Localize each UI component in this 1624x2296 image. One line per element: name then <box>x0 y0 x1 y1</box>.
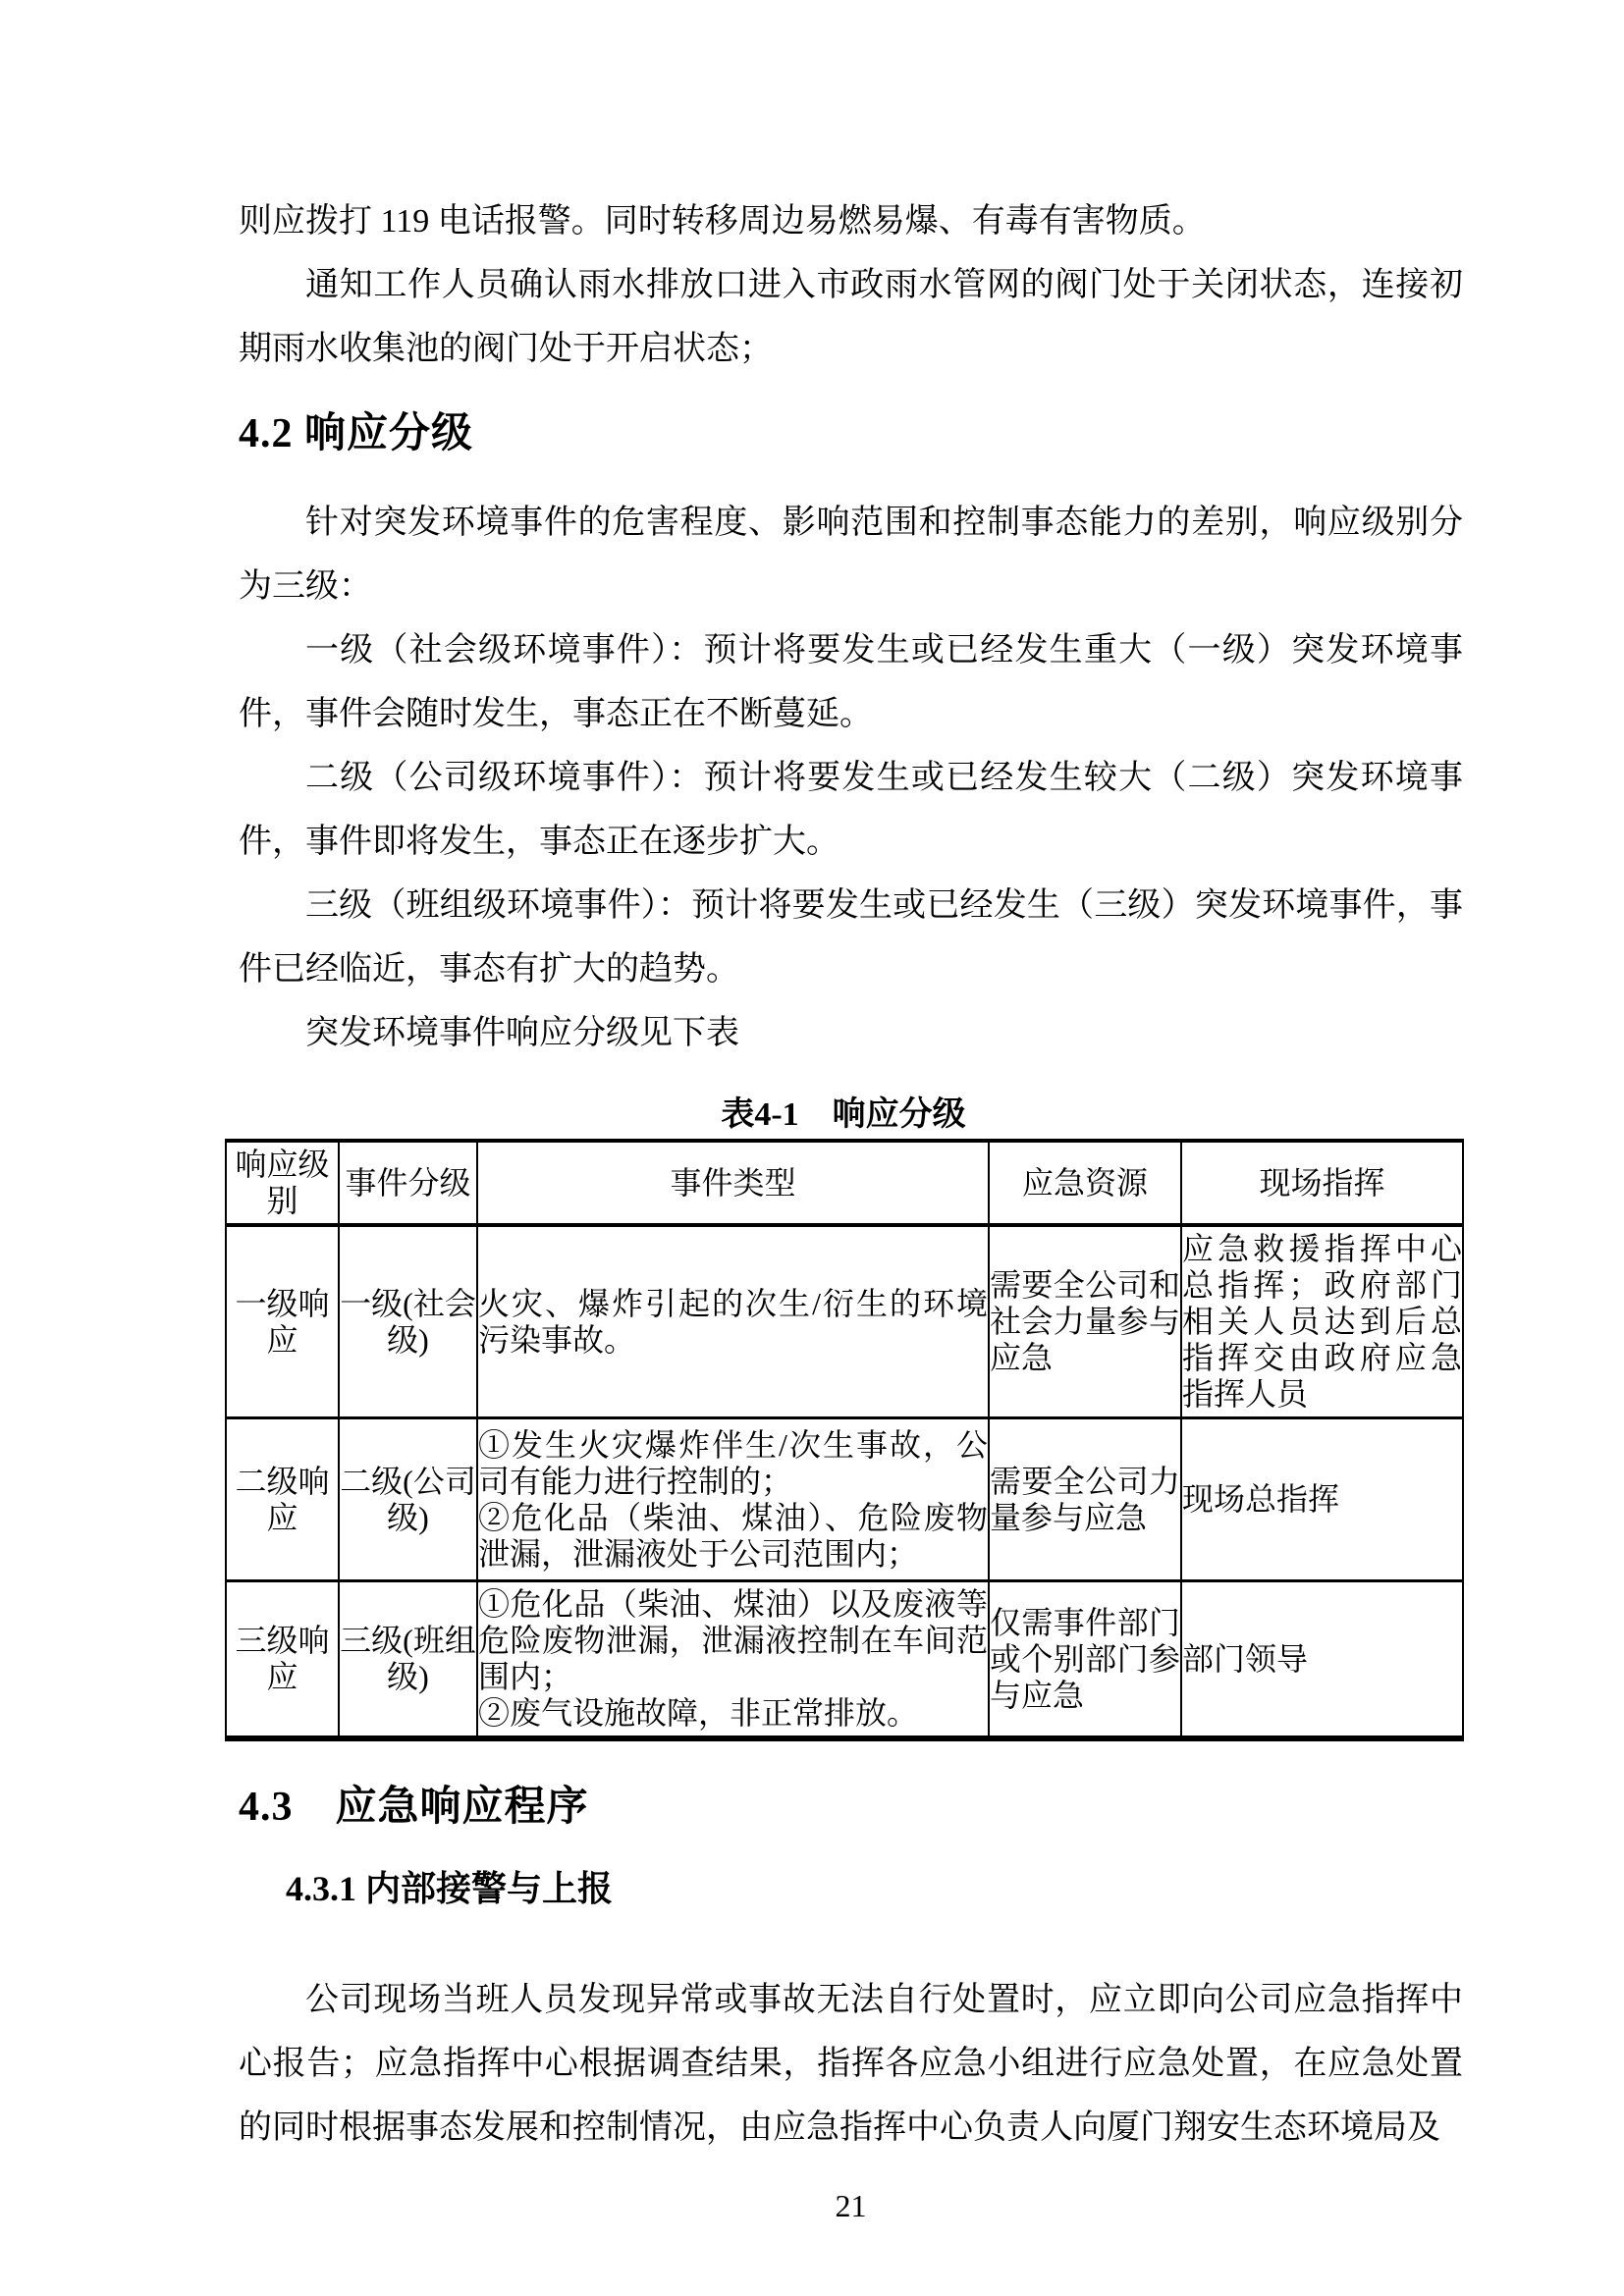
cell-response-level: 二级响应 <box>226 1418 339 1581</box>
table-row-level2: 二级响应 二级(公司级) ①发生火灾爆炸伴生/次生事故，公司有能力进行控制的； … <box>226 1418 1463 1581</box>
cell-emergency-resource: 需要全公司力量参与应急 <box>989 1418 1181 1581</box>
cell-onsite-command: 现场总指挥 <box>1181 1418 1463 1581</box>
intro-paragraph-continuation: 则应拨打 119 电话报警。同时转移周边易燃易爆、有毒有害物质。 <box>239 189 1463 253</box>
section-4-2-paragraph: 二级（公司级环境事件）：预计将要发生或已经发生较大（二级）突发环境事件，事件即将… <box>239 746 1463 874</box>
table-row-level3: 三级响应 三级(班组级) ①危化品（柴油、煤油）以及废液等危险废物泄漏，泄漏液控… <box>226 1581 1463 1739</box>
section-4-2-paragraph: 三级（班组级环境事件）：预计将要发生或已经发生（三级）突发环境事件，事件已经临近… <box>239 874 1463 1001</box>
event-type-item: ②废气设施故障，非正常排放。 <box>478 1695 988 1732</box>
header-cell-response-level: 响应级别 <box>226 1141 339 1225</box>
table-row-level1: 一级响应 一级(社会级) 火灾、爆炸引起的次生/衍生的环境污染事故。 需要全公司… <box>226 1225 1463 1418</box>
event-type-item: ①危化品（柴油、煤油）以及废液等危险废物泄漏，泄漏液控制在车间范围内； <box>478 1586 988 1695</box>
cell-response-level: 三级响应 <box>226 1581 339 1739</box>
header-cell-onsite-command: 现场指挥 <box>1181 1141 1463 1225</box>
event-type-item: 火灾、爆炸引起的次生/衍生的环境污染事故。 <box>478 1286 988 1359</box>
cell-event-type: 火灾、爆炸引起的次生/衍生的环境污染事故。 <box>477 1225 989 1418</box>
header-cell-event-type: 事件类型 <box>477 1141 989 1225</box>
cell-emergency-resource: 仅需事件部门或个别部门参与应急 <box>989 1581 1181 1739</box>
intro-paragraph-notify: 通知工作人员确认雨水排放口进入市政雨水管网的阀门处于关闭状态，连接初期雨水收集池… <box>239 253 1463 381</box>
cell-event-type: ①发生火灾爆炸伴生/次生事故，公司有能力进行控制的； ②危化品（柴油、煤油）、危… <box>477 1418 989 1581</box>
section-4-3-1-paragraph: 公司现场当班人员发现异常或事故无法自行处置时，应立即向公司应急指挥中心报告；应急… <box>239 1968 1463 2160</box>
cell-onsite-command: 部门领导 <box>1181 1581 1463 1739</box>
event-type-item: ②危化品（柴油、煤油）、危险废物泄漏，泄漏液处于公司范围内； <box>478 1500 988 1573</box>
section-4-2-paragraph: 针对突发环境事件的危害程度、影响范围和控制事态能力的差别，响应级别分为三级： <box>239 491 1463 618</box>
page-number: 21 <box>239 2184 1463 2227</box>
section-4-2-heading: 4.2 响应分级 <box>239 404 1463 463</box>
section-4-3-heading: 4.3 应急响应程序 <box>239 1777 1463 1838</box>
cell-response-level: 一级响应 <box>226 1225 339 1418</box>
table-header-row: 响应级别 事件分级 事件类型 应急资源 现场指挥 <box>226 1141 1463 1225</box>
cell-emergency-resource: 需要全公司和社会力量参与应急 <box>989 1225 1181 1418</box>
header-cell-emergency-resource: 应急资源 <box>989 1141 1181 1225</box>
cell-event-grade: 一级(社会级) <box>339 1225 477 1418</box>
section-4-2-paragraph: 突发环境事件响应分级见下表 <box>239 1001 1463 1065</box>
table-caption: 表4-1 响应分级 <box>225 1092 1462 1139</box>
cell-onsite-command: 应急救援指挥中心总指挥；政府部门相关人员达到后总指挥交由政府应急指挥人员 <box>1181 1225 1463 1418</box>
section-4-2-paragraph: 一级（社会级环境事件）：预计将要发生或已经发生重大（一级）突发环境事件，事件会随… <box>239 618 1463 746</box>
response-grading-table-block: 表4-1 响应分级 响应级别 事件分级 事件类型 应急资源 现场指挥 <box>225 1092 1462 1741</box>
event-type-item: ①发生火灾爆炸伴生/次生事故，公司有能力进行控制的； <box>478 1427 988 1500</box>
cell-event-grade: 三级(班组级) <box>339 1581 477 1739</box>
section-4-3-1-heading: 4.3.1 内部接警与上报 <box>239 1861 1463 1916</box>
cell-event-grade: 二级(公司级) <box>339 1418 477 1581</box>
cell-event-type: ①危化品（柴油、煤油）以及废液等危险废物泄漏，泄漏液控制在车间范围内； ②废气设… <box>477 1581 989 1739</box>
document-page: 则应拨打 119 电话报警。同时转移周边易燃易爆、有毒有害物质。 通知工作人员确… <box>0 0 1624 2296</box>
response-grading-table: 响应级别 事件分级 事件类型 应急资源 现场指挥 一级响应 一级(社会级) 火灾… <box>225 1139 1464 1741</box>
page-content: 则应拨打 119 电话报警。同时转移周边易燃易爆、有毒有害物质。 通知工作人员确… <box>0 0 1624 2296</box>
header-cell-event-grade: 事件分级 <box>339 1141 477 1225</box>
